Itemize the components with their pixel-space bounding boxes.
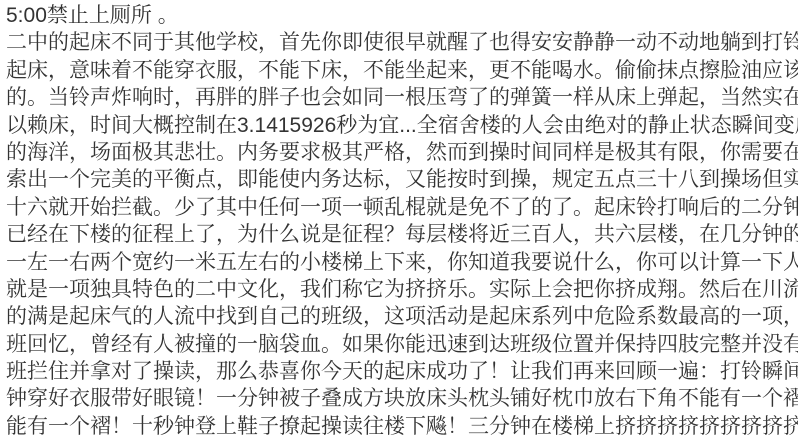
document-line: 钟穿好衣服带好眼镜！一分钟被子叠成方块放床头枕头铺好枕巾放右下角不能有一个褶整理… bbox=[6, 385, 798, 412]
document-line: 以赖床，时间大概控制在3.1415926秒为宜...全宿舍楼的人会由绝对的静止状… bbox=[6, 112, 798, 139]
document-line: 的。当铃声炸响时，再胖的胖子也会如同一根压弯了的弹簧一样从床上弹起，当然实在困得… bbox=[6, 84, 798, 111]
document-line: 十六就开始拦截。少了其中任何一项一顿乱棍就是免不了的了。起床铃打响后的二分钟内你… bbox=[6, 194, 798, 221]
document-line: 的海洋，场面极其悲壮。内务要求极其严格，然而到操时间同样是极其有限，你需要在二者… bbox=[6, 139, 798, 166]
document-line: 能有一个褶！十秒钟登上鞋子撩起操读往楼下飚！三分钟在楼梯上挤挤挤挤挤挤挤挤挤挤挤… bbox=[6, 413, 798, 440]
document-line: 班拦住并拿对了操读，那么恭喜你今天的起床成功了！让我们再来回顾一遍：打铃瞬间弹起… bbox=[6, 358, 798, 385]
document-line: 起床，意味着不能穿衣服，不能下床，不能坐起来，更不能喝水。偷偷抹点擦脸油应该还是… bbox=[6, 57, 798, 84]
document-line: 的满是起床气的人流中找到自己的班级，这项活动是起床系列中危险系数最高的一项，据我… bbox=[6, 303, 798, 330]
document-line: 索出一个完美的平衡点，即能使内务达标，又能按时到操，规定五点三十八到操场但实际上… bbox=[6, 166, 798, 193]
document-line: 一左一右两个宽约一米五左右的小楼梯上下来，你知道我要说什么，你可以计算一下人的流… bbox=[6, 249, 798, 276]
document-line: 已经在下楼的征程上了，为什么说是征程？每层楼将近三百人，共六层楼，在几分钟的时间… bbox=[6, 221, 798, 248]
document-line: 就是一项独具特色的二中文化，我们称它为挤挤乐。实际上会把你挤成翔。然后在川流不息… bbox=[6, 276, 798, 303]
text-document: 5:00禁止上厕所 。 二中的起床不同于其他学校，首先你即使很早就醒了也得安安静… bbox=[0, 0, 798, 440]
page: { "page": { "background_color": "#ffffff… bbox=[0, 0, 798, 440]
document-line: 班回忆，曾经有人被撞的一脑袋血。如果你能迅速到达班级位置并保持四肢完整并没有被体… bbox=[6, 331, 798, 358]
document-line: 二中的起床不同于其他学校，首先你即使很早就醒了也得安安静静一动不动地躺到打铃的那… bbox=[6, 29, 798, 56]
document-line: 5:00禁止上厕所 。 bbox=[6, 2, 798, 29]
